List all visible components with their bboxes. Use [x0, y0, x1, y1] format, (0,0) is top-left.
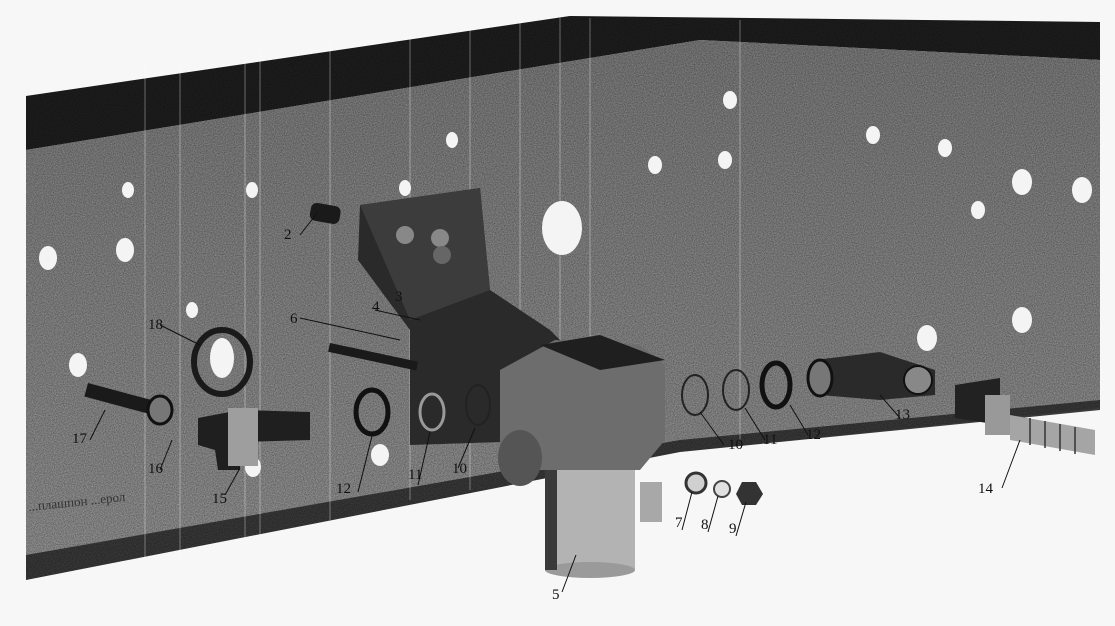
callout-12-left: 12: [336, 482, 351, 497]
callout-11-right: 11: [763, 433, 777, 448]
callout-6: 6: [290, 312, 298, 327]
callout-7: 7: [675, 516, 683, 531]
valve-body-part: [498, 335, 665, 578]
washer-8: [714, 481, 730, 497]
exploded-diagram: 2 3 4 5 6 7 8 9 10 11 12 10 11 12 13 14 …: [0, 0, 1115, 626]
callout-18: 18: [148, 318, 163, 333]
callout-9: 9: [729, 522, 737, 537]
nut-9: [736, 482, 763, 505]
callout-5: 5: [552, 588, 560, 603]
diagram-canvas: [0, 0, 1115, 626]
callout-14: 14: [978, 482, 993, 497]
callout-3: 3: [395, 290, 403, 305]
callout-2: 2: [284, 228, 292, 243]
washer-7: [686, 473, 706, 493]
callout-10-right: 10: [728, 438, 743, 453]
callout-13: 13: [895, 408, 910, 423]
callout-17: 17: [72, 432, 87, 447]
callout-10-left: 10: [452, 462, 467, 477]
callout-12-right: 12: [806, 428, 821, 443]
callout-8: 8: [701, 518, 709, 533]
callout-15: 15: [212, 492, 227, 507]
callout-16: 16: [148, 462, 163, 477]
callout-11-left: 11: [408, 468, 422, 483]
callout-4: 4: [372, 300, 380, 315]
